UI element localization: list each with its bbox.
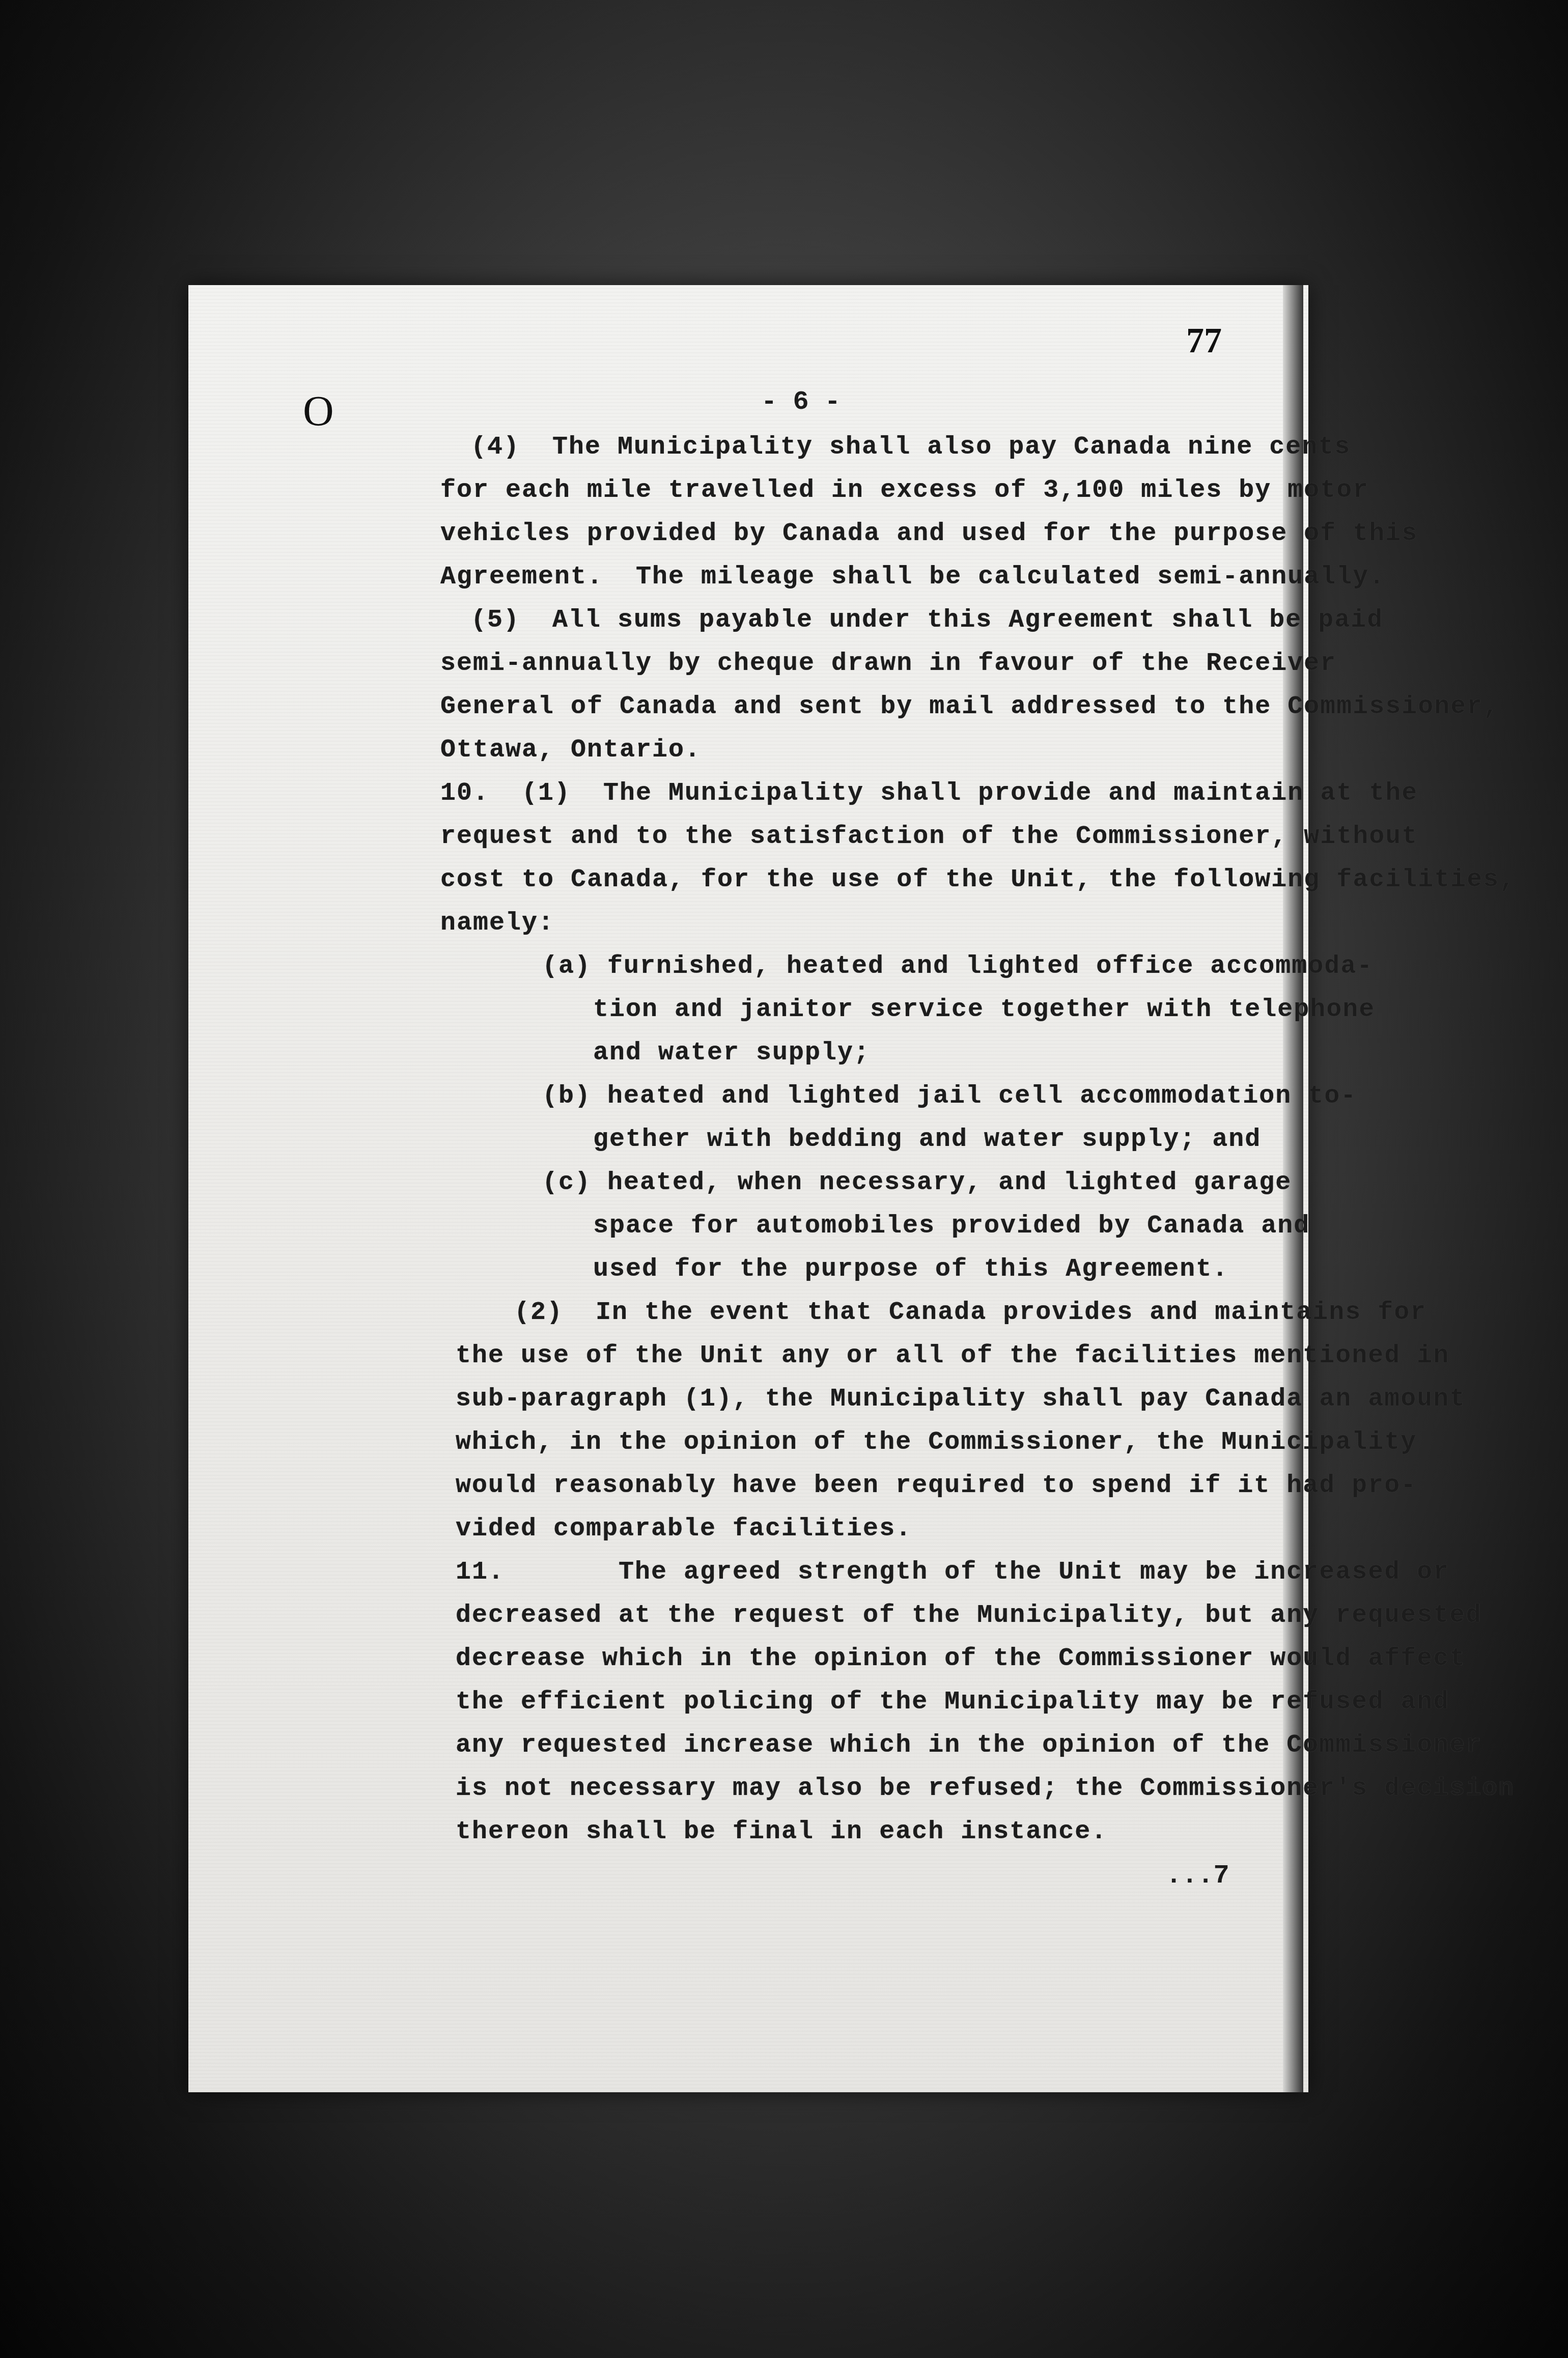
text-line: and water supply; [593,1038,870,1068]
page-marker: - 6 - [761,387,841,417]
text-line: (c) heated, when necessary, and lighted … [542,1168,1292,1197]
text-line: gether with bedding and water supply; an… [593,1125,1261,1154]
text-line: cost to Canada, for the use of the Unit,… [440,865,1516,894]
text-line: the use of the Unit any or all of the fa… [456,1341,1449,1370]
text-line: tion and janitor service together with t… [593,995,1375,1024]
text-line: Ottawa, Ontario. [440,736,701,765]
text-line: for each mile travelled in excess of 3,1… [440,476,1369,505]
text-line: vided comparable facilities. [456,1514,912,1543]
text-line: vehicles provided by Canada and used for… [440,519,1418,548]
text-line: used for the purpose of this Agreement. [593,1255,1228,1284]
text-line: would reasonably have been required to s… [456,1471,1417,1500]
text-line: (5) All sums payable under this Agreemen… [471,606,1383,635]
text-line: space for automobiles provided by Canada… [593,1212,1310,1241]
text-line: 10. (1) The Municipality shall provide a… [440,779,1418,808]
text-line: (a) furnished, heated and lighted office… [542,952,1373,981]
text-line: decrease which in the opinion of the Com… [456,1644,1466,1673]
margin-circle-mark: O [303,387,334,436]
text-line: semi-annually by cheque drawn in favour … [440,649,1336,678]
text-line: sub-paragraph (1), the Municipality shal… [456,1385,1466,1414]
text-line: the efficient policing of the Municipali… [456,1688,1449,1717]
text-line: (2) In the event that Canada provides an… [514,1298,1426,1327]
text-line: (4) The Municipality shall also pay Cana… [471,433,1351,462]
text-line: (b) heated and lighted jail cell accommo… [542,1082,1357,1111]
continuation-marker: ...7 [1166,1861,1229,1891]
text-line: is not necessary may also be refused; th… [456,1774,1515,1803]
text-line: Agreement. The mileage shall be calculat… [440,563,1385,592]
text-line: General of Canada and sent by mail addre… [440,692,1499,721]
text-line: request and to the satisfaction of the C… [440,822,1418,851]
text-line: namely: [440,909,554,938]
page-number: 77 [1186,321,1222,361]
text-line: which, in the opinion of the Commissione… [456,1428,1417,1457]
text-line: thereon shall be final in each instance. [456,1817,1107,1846]
text-line: decreased at the request of the Municipa… [456,1601,1482,1630]
text-line: any requested increase which in the opin… [456,1731,1482,1760]
text-line: 11. The agreed strength of the Unit may … [456,1558,1449,1587]
